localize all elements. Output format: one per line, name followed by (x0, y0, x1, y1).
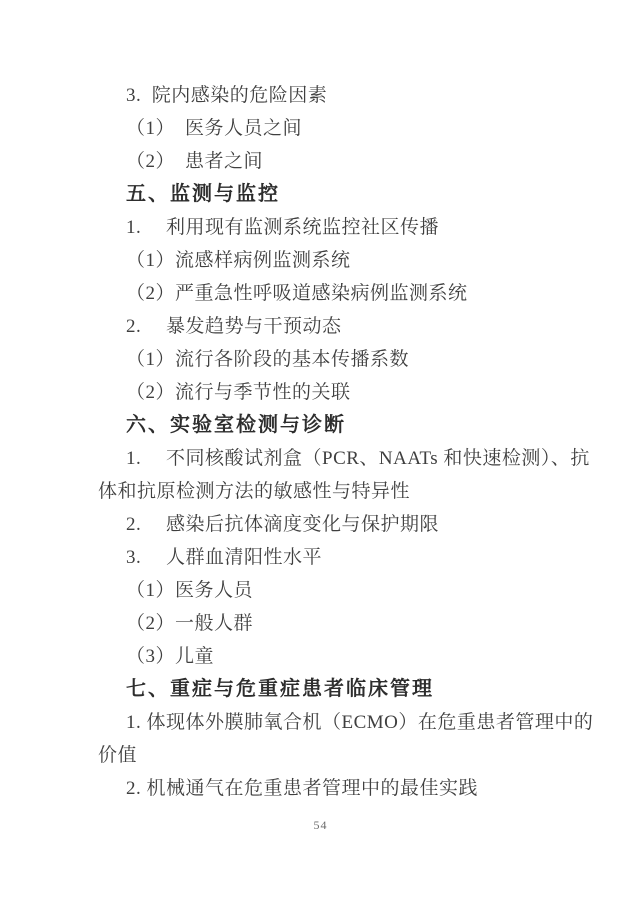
doc-line-continuation: 价值 (98, 739, 605, 772)
doc-line: 3. 院内感染的危险因素 (98, 79, 605, 112)
section-heading: 五、监测与监控 (98, 178, 605, 211)
doc-line: （2）严重急性呼吸道感染病例监测系统 (98, 277, 605, 310)
doc-line: （1）流行各阶段的基本传播系数 (98, 343, 605, 376)
doc-line: （2）一般人群 (98, 607, 605, 640)
doc-line: （1）医务人员 (98, 574, 605, 607)
doc-line: 2. 感染后抗体滴度变化与保护期限 (98, 508, 605, 541)
doc-line: （1）流感样病例监测系统 (98, 244, 605, 277)
doc-line: 3. 人群血清阳性水平 (98, 541, 605, 574)
doc-line: 1. 利用现有监测系统监控社区传播 (98, 211, 605, 244)
doc-line: 1. 不同核酸试剂盒（PCR、NAATs 和快速检测）、抗 (98, 442, 605, 475)
document-content: 3. 院内感染的危险因素 （1） 医务人员之间 （2） 患者之间 五、监测与监控… (0, 0, 641, 805)
doc-line: （3）儿童 (98, 640, 605, 673)
doc-line: （1） 医务人员之间 (98, 112, 605, 145)
doc-line: 1. 体现体外膜肺氧合机（ECMO）在危重患者管理中的 (98, 706, 605, 739)
section-heading: 六、实验室检测与诊断 (98, 409, 605, 442)
page-number: 54 (0, 818, 641, 833)
doc-line: （2）流行与季节性的关联 (98, 376, 605, 409)
section-heading: 七、重症与危重症患者临床管理 (98, 673, 605, 706)
doc-line: 2. 暴发趋势与干预动态 (98, 310, 605, 343)
doc-line: 2. 机械通气在危重患者管理中的最佳实践 (98, 772, 605, 805)
doc-line-continuation: 体和抗原检测方法的敏感性与特异性 (98, 475, 605, 508)
doc-line: （2） 患者之间 (98, 145, 605, 178)
document-page: 3. 院内感染的危险因素 （1） 医务人员之间 （2） 患者之间 五、监测与监控… (0, 0, 641, 906)
